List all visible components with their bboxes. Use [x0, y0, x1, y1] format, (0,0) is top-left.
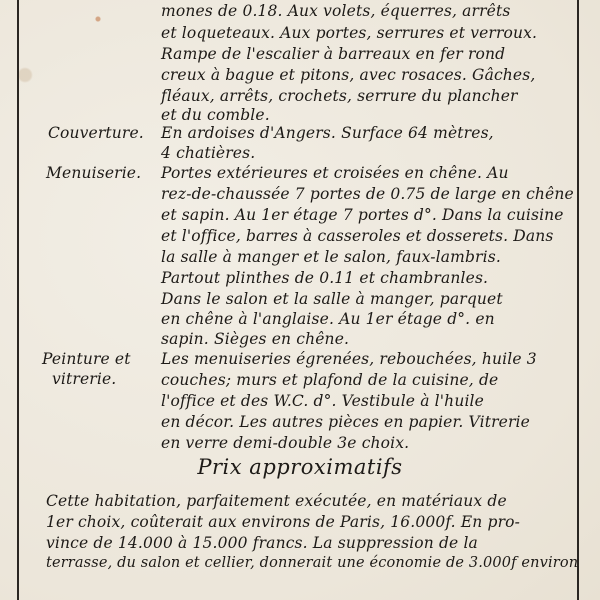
- text-line: et du comble.: [161, 106, 270, 124]
- section-title-prix: Prix approximatifs: [0, 455, 600, 479]
- text-line: 4 chatières.: [161, 144, 255, 162]
- text-line: Cette habitation, parfaitement exécutée,…: [46, 492, 507, 510]
- section-label-menuiserie: Menuiserie.: [46, 164, 141, 182]
- text-line: Dans le salon et la salle à manger, parq…: [161, 290, 503, 308]
- section-label-couverture: Couverture.: [48, 124, 144, 142]
- text-line: fléaux, arrêts, crochets, serrure du pla…: [161, 87, 518, 105]
- text-line: Rampe de l'escalier à barreaux en fer ro…: [161, 45, 505, 63]
- text-line: creux à bague et pitons, avec rosaces. G…: [161, 66, 535, 84]
- text-line: Les menuiseries égrenées, rebouchées, hu…: [161, 350, 537, 368]
- text-line: Partout plinthes de 0.11 et chambranles.: [161, 269, 488, 287]
- text-line: terrasse, du salon et cellier, donnerait…: [46, 555, 578, 571]
- text-line: en verre demi-double 3e choix.: [161, 434, 409, 452]
- section-label-vitrerie: vitrerie.: [52, 370, 116, 388]
- text-line: couches; murs et plafond de la cuisine, …: [161, 371, 498, 389]
- text-line: Portes extérieures et croisées en chêne.…: [161, 164, 509, 182]
- text-line: mones de 0.18. Aux volets, équerres, arr…: [161, 2, 510, 20]
- text-line: l'office et des W.C. d°. Vestibule à l'h…: [161, 392, 484, 410]
- text-line: et sapin. Au 1er étage 7 portes d°. Dans…: [161, 206, 564, 224]
- text-line: et l'office, barres à casseroles et doss…: [161, 227, 554, 245]
- text-line: rez-de-chaussée 7 portes de 0.75 de larg…: [161, 185, 574, 203]
- text-line: sapin. Sièges en chêne.: [161, 330, 349, 348]
- text-line: en décor. Les autres pièces en papier. V…: [161, 413, 530, 431]
- text-line: En ardoises d'Angers. Surface 64 mètres,: [161, 124, 494, 142]
- text-line: 1er choix, coûterait aux environs de Par…: [46, 513, 520, 531]
- text-line: vince de 14.000 à 15.000 francs. La supp…: [46, 534, 478, 552]
- manuscript-page: mones de 0.18. Aux volets, équerres, arr…: [0, 0, 600, 600]
- text-line: en chêne à l'anglaise. Au 1er étage d°. …: [161, 310, 495, 328]
- text-line: la salle à manger et le salon, faux-lamb…: [161, 248, 501, 266]
- section-label-peinture: Peinture et: [42, 350, 131, 368]
- text-line: et loqueteaux. Aux portes, serrures et v…: [161, 24, 537, 42]
